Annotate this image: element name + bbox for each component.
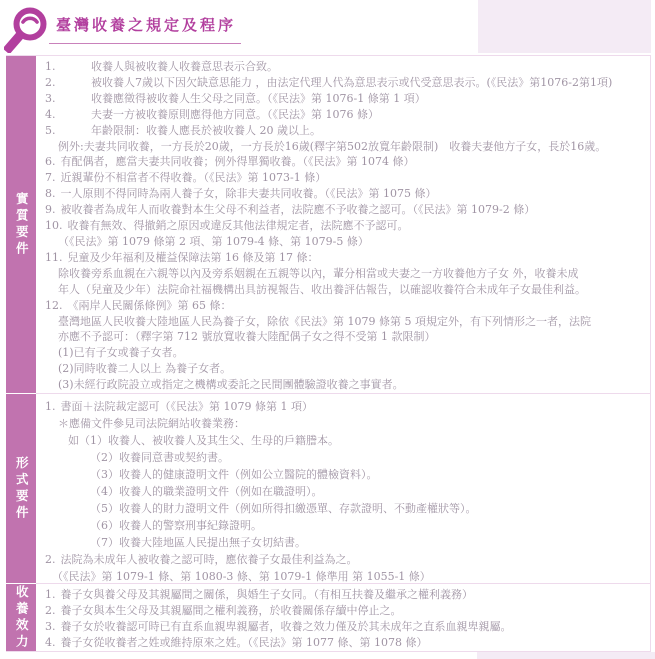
- line-number: 2.: [45, 75, 91, 91]
- bottom-right-decoration: [477, 652, 655, 659]
- section-label: 收養效力: [15, 585, 28, 651]
- text-line: (1)已有子女或養子女者。: [45, 345, 646, 361]
- text-line: ＊應備文件參見司法院網站收養業務：: [45, 415, 646, 432]
- page-title: 臺灣收養之規定及程序: [56, 14, 236, 35]
- text-line: 6.有配偶者，應當夫妻共同收養；例外得單獨收養。（《民法》第 1074 條）: [45, 154, 646, 170]
- text-line: 7.近親輩份不相當者不得收養。（《民法》第 1073-1 條）: [45, 170, 646, 186]
- line-text: (2)同時收養二人以上 為養子女者。: [58, 362, 231, 375]
- section-label: 形式要件: [15, 456, 28, 522]
- text-line: 12.《兩岸人民關係條例》第 65 條：: [45, 298, 646, 314]
- text-line: （《民法》第 1079 條第 2 項、第 1079-4 條、第 1079-5 條…: [45, 234, 646, 250]
- line-number: 7.: [45, 171, 56, 184]
- line-text: 年人（兒童及少年）法院命社福機構出具訪視報告、收出養評估報告，以確認收養符合未成…: [58, 283, 586, 296]
- top-right-decoration: [478, 0, 651, 53]
- line-number: 4.: [45, 107, 91, 123]
- line-text: 被收養者為成年人而收養對本生父母不利益者，法院應不予收養之認可。（《民法》第 1…: [61, 203, 536, 216]
- section-content: 1.養子女與養父母及其親屬間之關係，與婚生子女同。（有相互扶養及繼承之權利義務）…: [36, 584, 650, 651]
- line-text: 《兩岸人民關係條例》第 65 條：: [68, 299, 232, 312]
- line-text: 臺灣地區人民收養大陸地區人民為養子女，除依《民法》第 1079 條第 5 項規定…: [58, 315, 591, 328]
- text-line: 3.養子女於收養認可時已有直系血親卑親屬者，收養之效力僅及於其未成年之直系血親卑…: [45, 619, 646, 635]
- line-text: （《民法》第 1079 條第 2 項、第 1079-4 條、第 1079-5 條…: [58, 235, 369, 248]
- line-text: 例外:夫妻共同收養，一方長於20歲，一方長於16歲(釋字第502放寬年齡限制) …: [58, 140, 606, 153]
- line-text: 養子女從收養者之姓或維持原來之姓。（《民法》第 1077 條、第 1078 條）: [61, 636, 428, 649]
- line-text: 一人原則不得同時為兩人養子女，除非夫妻共同收養。（《民法》第 1075 條）: [61, 187, 437, 200]
- line-number: 4.: [45, 636, 56, 649]
- text-line: 10.收養有無效、得撤銷之原因或違反其他法律規定者，法院應不予認可。: [45, 218, 646, 234]
- line-text: 收養應徵得被收養人生父母之同意。（《民法》第 1076-1 條第 1 項）: [91, 92, 426, 105]
- text-line: 除收養旁系血親在六親等以內及旁系姻親在五親等以內，輩分相當或夫妻之一方收養他方子…: [45, 266, 646, 282]
- line-text: 兒童及少年福利及權益保障法第 16 條及第 17 條：: [68, 251, 319, 264]
- section-label: 實質要件: [15, 192, 28, 258]
- text-line: 1.養子女與養父母及其親屬間之關係，與婚生子女同。（有相互扶養及繼承之權利義務）: [45, 587, 646, 603]
- page: 臺灣收養之規定及程序 實質要件 1.收養人與被收養人收養意思表示合致。2.被收養…: [0, 0, 655, 659]
- line-text: （3）收養人的健康證明文件（例如公立醫院的體檢資料）。: [90, 468, 378, 481]
- line-text: 如（1）收養人、被收養人及其生父、生母的戶籍謄本。: [68, 434, 339, 447]
- line-text: 養子女與本生父母及其親屬間之權利義務，於收養關係存續中停止之。: [61, 604, 402, 617]
- section-label-cell: 實質要件: [6, 56, 36, 393]
- section-content: 1.收養人與被收養人收養意思表示合致。2.被收養人7歲以下因欠缺意思能力 ，由法…: [36, 56, 650, 393]
- section-label-cell: 收養效力: [6, 583, 36, 651]
- line-text: 收養有無效、得撤銷之原因或違反其他法律規定者，法院應不予認可。: [68, 219, 409, 232]
- line-text: （5）收養人的財力證明文件（例如所得扣繳憑單、存款證明、不動產權狀等）。: [90, 502, 477, 515]
- content-table: 實質要件 1.收養人與被收養人收養意思表示合致。2.被收養人7歲以下因欠缺意思能…: [6, 55, 651, 652]
- text-line: （4）收養人的職業證明文件（例如在職證明）。: [45, 483, 646, 500]
- line-text: 夫妻一方被收養原則應得他方同意。（《民法》第 1076 條）: [91, 108, 379, 121]
- line-text: 亦應不予認可：（釋字第 712 號放寬收養大陸配偶子女之得不受第 1 款限制）: [58, 330, 435, 343]
- text-line: 1.收養人與被收養人收養意思表示合致。: [45, 59, 646, 75]
- title-underline: [49, 43, 241, 44]
- text-line: 年人（兒童及少年）法院命社福機構出具訪視報告、收出養評估報告，以確認收養符合未成…: [45, 282, 646, 298]
- line-text: 被收養人7歲以下因欠缺意思能力 ，由法定代理人代為意思表示或代受意思表示。(《民…: [91, 76, 612, 89]
- line-number: 1.: [45, 59, 91, 75]
- line-text: 養子女與養父母及其親屬間之關係，與婚生子女同。（有相互扶養及繼承之權利義務）: [61, 588, 474, 601]
- line-number: 8.: [45, 187, 56, 200]
- line-text: （7）收養大陸地區人民提出無子女切結書。: [90, 536, 306, 549]
- line-text: （2）收養同意書或契約書。: [90, 451, 229, 464]
- line-number: 2.: [45, 553, 56, 566]
- line-number: 1.: [45, 588, 56, 601]
- text-line: 9.被收養者為成年人而收養對本生父母不利益者，法院應不予收養之認可。（《民法》第…: [45, 202, 646, 218]
- line-text: 收養人與被收養人收養意思表示合致。: [91, 60, 278, 73]
- section-substantive-requirements: 實質要件 1.收養人與被收養人收養意思表示合致。2.被收養人7歲以下因欠缺意思能…: [6, 56, 650, 393]
- line-number: 11.: [45, 251, 63, 264]
- line-number: 2.: [45, 604, 56, 617]
- line-text: (1)已有子女或養子女者。: [58, 346, 184, 359]
- line-text: 養子女於收養認可時已有直系血親卑親屬者，收養之效力僅及於其未成年之直系血親卑親屬…: [61, 620, 512, 633]
- line-number: 1.: [45, 400, 56, 413]
- line-text: 除收養旁系血親在六親等以內及旁系姻親在五親等以內，輩分相當或夫妻之一方收養他方子…: [58, 267, 579, 280]
- section-adoption-effects: 收養效力 1.養子女與養父母及其親屬間之關係，與婚生子女同。（有相互扶養及繼承之…: [6, 583, 650, 651]
- line-text: （4）收養人的職業證明文件（例如在職證明）。: [90, 485, 323, 498]
- line-number: 5.: [45, 123, 91, 139]
- line-text: 年齡限制：收養人應長於被收養人 20 歲以上。: [91, 124, 321, 137]
- line-text: 近親輩份不相當者不得收養。（《民法》第 1073-1 條）: [61, 171, 327, 184]
- text-line: （2）收養同意書或契約書。: [45, 449, 646, 466]
- text-line: （6）收養人的警察刑事紀錄證明。: [45, 517, 646, 534]
- text-line: (2)同時收養二人以上 為養子女者。: [45, 361, 646, 377]
- text-line: 5.年齡限制：收養人應長於被收養人 20 歲以上。: [45, 123, 646, 139]
- line-number: 3.: [45, 620, 56, 633]
- text-line: 臺灣地區人民收養大陸地區人民為養子女，除依《民法》第 1079 條第 5 項規定…: [45, 314, 646, 330]
- text-line: 8.一人原則不得同時為兩人養子女，除非夫妻共同收養。（《民法》第 1075 條）: [45, 186, 646, 202]
- text-line: 亦應不予認可：（釋字第 712 號放寬收養大陸配偶子女之得不受第 1 款限制）: [45, 329, 646, 345]
- line-text: 書面＋法院裁定認可（《民法》第 1079 條第 1 項）: [61, 400, 313, 413]
- text-line: 4.養子女從收養者之姓或維持原來之姓。（《民法》第 1077 條、第 1078 …: [45, 635, 646, 651]
- text-line: 4.夫妻一方被收養原則應得他方同意。（《民法》第 1076 條）: [45, 107, 646, 123]
- text-line: (3)未經行政院設立或指定之機構或委託之民間團體驗證收養之事實者。: [45, 377, 646, 393]
- text-line: 如（1）收養人、被收養人及其生父、生母的戶籍謄本。: [45, 432, 646, 449]
- line-text: 有配偶者，應當夫妻共同收養；例外得單獨收養。（《民法》第 1074 條）: [61, 155, 415, 168]
- section-formal-requirements: 形式要件 1.書面＋法院裁定認可（《民法》第 1079 條第 1 項）＊應備文件…: [6, 393, 650, 583]
- line-number: 3.: [45, 91, 91, 107]
- text-line: 2.法院為未成年人被收養之認可時，應依養子女最佳利益為之。: [45, 551, 646, 568]
- line-text: 法院為未成年人被收養之認可時，應依養子女最佳利益為之。: [61, 553, 358, 566]
- text-line: （5）收養人的財力證明文件（例如所得扣繳憑單、存款證明、不動產權狀等）。: [45, 500, 646, 517]
- line-number: 10.: [45, 219, 63, 232]
- line-text: （《民法》第 1079-1 條、第 1080-3 條、第 1079-1 條準用 …: [52, 570, 431, 583]
- text-line: （7）收養大陸地區人民提出無子女切結書。: [45, 534, 646, 551]
- text-line: 2.被收養人7歲以下因欠缺意思能力 ，由法定代理人代為意思表示或代受意思表示。(…: [45, 75, 646, 91]
- line-number: 9.: [45, 203, 56, 216]
- line-text: （6）收養人的警察刑事紀錄證明。: [90, 519, 262, 532]
- line-number: 6.: [45, 155, 56, 168]
- text-line: 1.書面＋法院裁定認可（《民法》第 1079 條第 1 項）: [45, 398, 646, 415]
- header: 臺灣收養之規定及程序: [0, 0, 655, 55]
- text-line: （《民法》第 1079-1 條、第 1080-3 條、第 1079-1 條準用 …: [45, 568, 646, 583]
- section-content: 1.書面＋法院裁定認可（《民法》第 1079 條第 1 項）＊應備文件參見司法院…: [36, 394, 650, 583]
- text-line: （3）收養人的健康證明文件（例如公立醫院的體檢資料）。: [45, 466, 646, 483]
- section-label-cell: 形式要件: [6, 393, 36, 583]
- line-text: ＊應備文件參見司法院網站收養業務：: [58, 417, 245, 430]
- magnifier-icon: [4, 5, 50, 53]
- line-text: (3)未經行政院設立或指定之機構或委託之民間團體驗證收養之事實者。: [58, 378, 404, 391]
- text-line: 例外:夫妻共同收養，一方長於20歲，一方長於16歲(釋字第502放寬年齡限制) …: [45, 139, 646, 155]
- line-number: 12.: [45, 299, 63, 312]
- text-line: 3.收養應徵得被收養人生父母之同意。（《民法》第 1076-1 條第 1 項）: [45, 91, 646, 107]
- text-line: 11.兒童及少年福利及權益保障法第 16 條及第 17 條：: [45, 250, 646, 266]
- text-line: 2.養子女與本生父母及其親屬間之權利義務，於收養關係存續中停止之。: [45, 603, 646, 619]
